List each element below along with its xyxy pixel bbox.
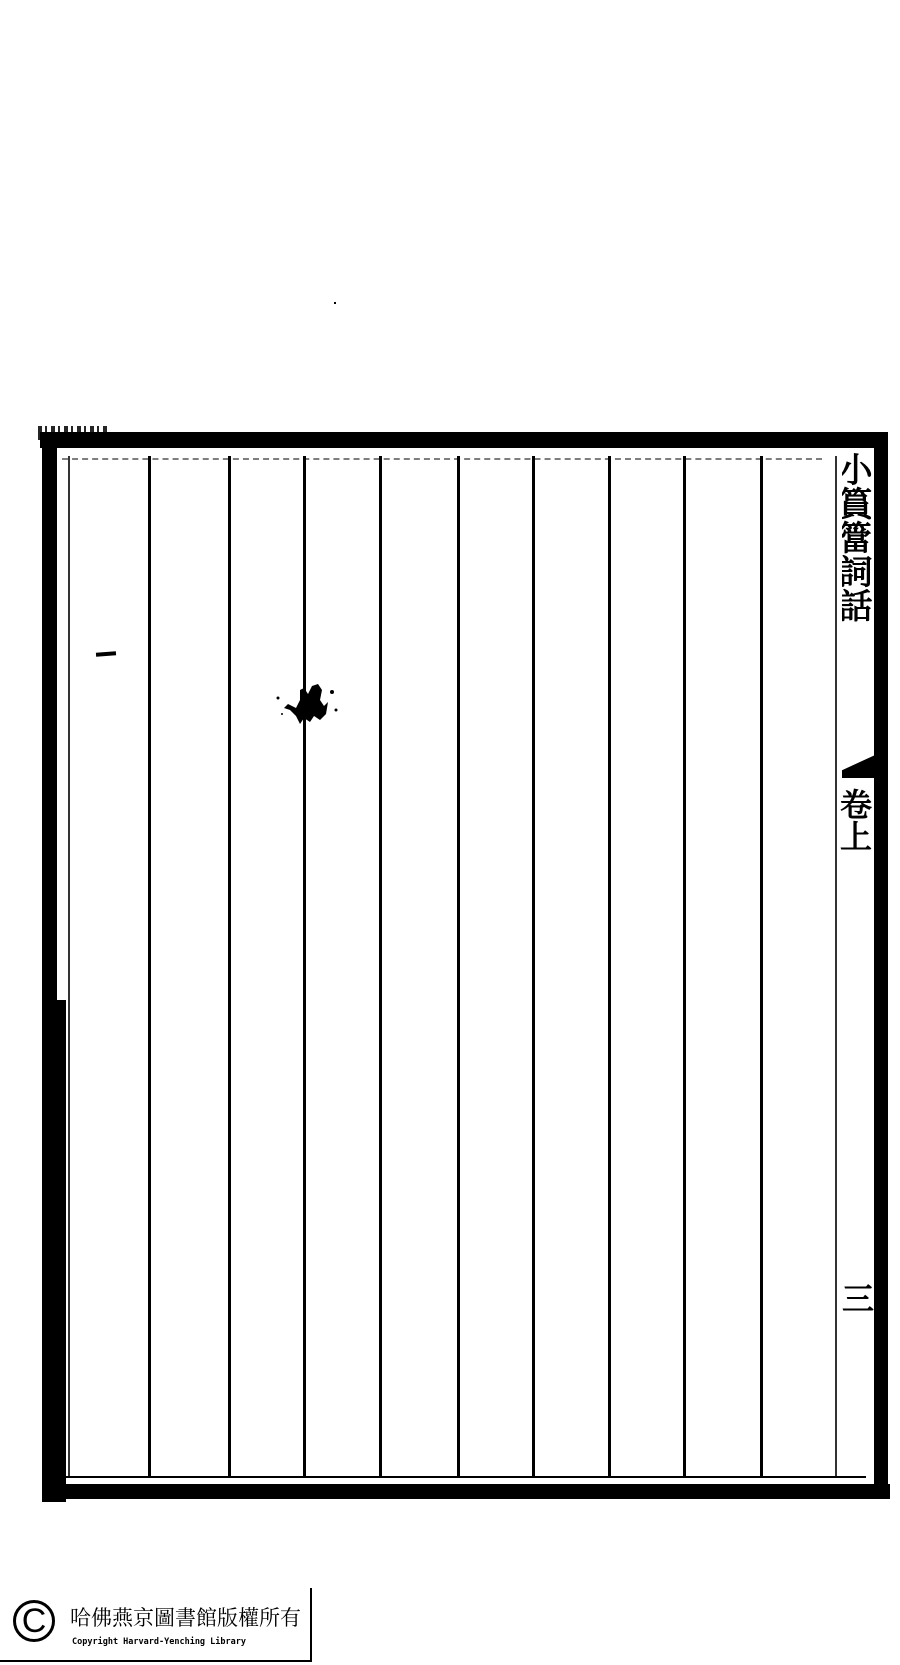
column-rule [228,456,231,1478]
banxin-strip: 小篔簹詞話 卷上 三 [842,452,876,1482]
column-rule [379,456,382,1478]
ink-blot-icon [270,680,350,730]
paper-speck [334,302,336,304]
column-rule [457,456,460,1478]
banxin-title: 小篔簹詞話 [842,452,876,772]
frame-top-border [40,432,880,448]
column-rule [683,456,686,1478]
banxin-juan: 卷上 [842,788,876,852]
column-rule [148,456,151,1478]
copyright-icon: C [13,1600,55,1642]
column-rule [68,456,70,1478]
copyright-chinese: 哈佛燕京圖書館版權所有 [70,1602,301,1632]
column-rule [608,456,611,1478]
column-rule [303,456,306,1478]
column-rule [532,456,535,1478]
column-rule [760,456,763,1478]
frame-bottom-border [52,1484,890,1499]
inner-top-rule [62,458,822,461]
copyright-stamp: C 哈佛燕京圖書館版權所有 Copyright Harvard-Yenching… [0,1588,312,1662]
frame-right-border [874,432,888,1498]
copyright-english: Copyright Harvard-Yenching Library [72,1637,246,1647]
inner-bottom-rule [66,1476,866,1478]
left-column-mark [96,651,116,656]
banxin-page-number: 三 [842,1282,876,1314]
frame-left-border-lower [50,1000,66,1502]
column-rule [835,456,837,1478]
